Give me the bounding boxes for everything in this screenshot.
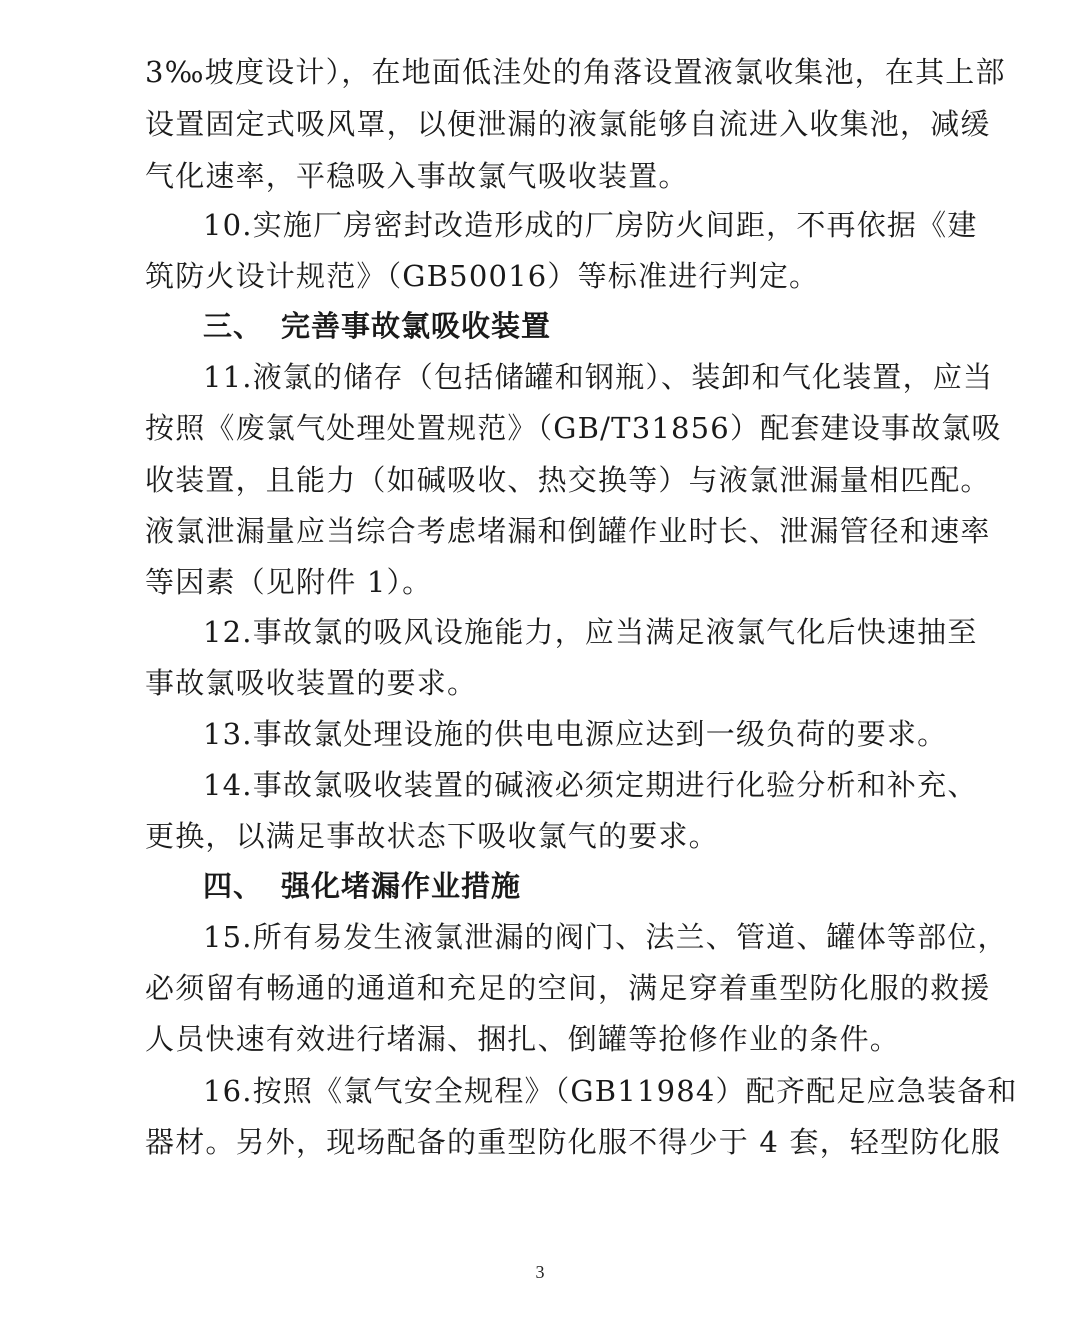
- item-12-line: 事故氯吸收装置的要求。: [145, 665, 945, 705]
- section-number: 三、: [203, 309, 263, 343]
- item-11-line: 收装置，且能力（如碱吸收、热交换等）与液氯泄漏量相匹配。: [145, 462, 945, 502]
- paragraph-line: 气化速率，平稳吸入事故氯气吸收装置。: [145, 158, 945, 198]
- item-11-line: 11.液氯的储存（包括储罐和钢瓶）、装卸和气化装置，应当: [203, 359, 945, 399]
- paragraph-line: 设置固定式吸风罩，以便泄漏的液氯能够自流进入收集池，减缓: [145, 106, 945, 146]
- document-page: 3‰坡度设计），在地面低洼处的角落设置液氯收集池，在其上部 设置固定式吸风罩，以…: [0, 0, 1080, 1320]
- section-number: 四、: [203, 869, 263, 903]
- item-16-line: 16.按照《氯气安全规程》（GB11984）配齐配足应急装备和: [203, 1073, 945, 1113]
- item-15-line: 人员快速有效进行堵漏、捆扎、倒罐等抢修作业的条件。: [145, 1021, 945, 1061]
- item-10-line: 10.实施厂房密封改造形成的厂房防火间距，不再依据《建: [203, 207, 945, 247]
- section-title: 强化堵漏作业措施: [281, 869, 521, 903]
- item-13-line: 13.事故氯处理设施的供电电源应达到一级负荷的要求。: [203, 716, 945, 756]
- page-number: 3: [0, 1262, 1080, 1283]
- item-11-line: 液氯泄漏量应当综合考虑堵漏和倒罐作业时长、泄漏管径和速率: [145, 513, 945, 553]
- section-heading-4: 四、强化堵漏作业措施: [203, 868, 521, 904]
- item-16-line: 器材。另外，现场配备的重型防化服不得少于 4 套，轻型防化服: [145, 1124, 945, 1164]
- item-15-line: 15.所有易发生液氯泄漏的阀门、法兰、管道、罐体等部位，: [203, 919, 945, 959]
- section-title: 完善事故氯吸收装置: [281, 309, 551, 343]
- item-14-line: 14.事故氯吸收装置的碱液必须定期进行化验分析和补充、: [203, 767, 945, 807]
- section-heading-3: 三、完善事故氯吸收装置: [203, 308, 551, 344]
- item-10-line: 筑防火设计规范》（GB50016）等标准进行判定。: [145, 258, 945, 298]
- item-11-line: 按照《废氯气处理处置规范》（GB/T31856）配套建设事故氯吸: [145, 410, 945, 450]
- item-11-line: 等因素（见附件 1）。: [145, 564, 945, 604]
- item-15-line: 必须留有畅通的通道和充足的空间，满足穿着重型防化服的救援: [145, 970, 945, 1010]
- item-12-line: 12.事故氯的吸风设施能力，应当满足液氯气化后快速抽至: [203, 614, 945, 654]
- paragraph-line: 3‰坡度设计），在地面低洼处的角落设置液氯收集池，在其上部: [145, 54, 945, 94]
- item-14-line: 更换，以满足事故状态下吸收氯气的要求。: [145, 818, 945, 858]
